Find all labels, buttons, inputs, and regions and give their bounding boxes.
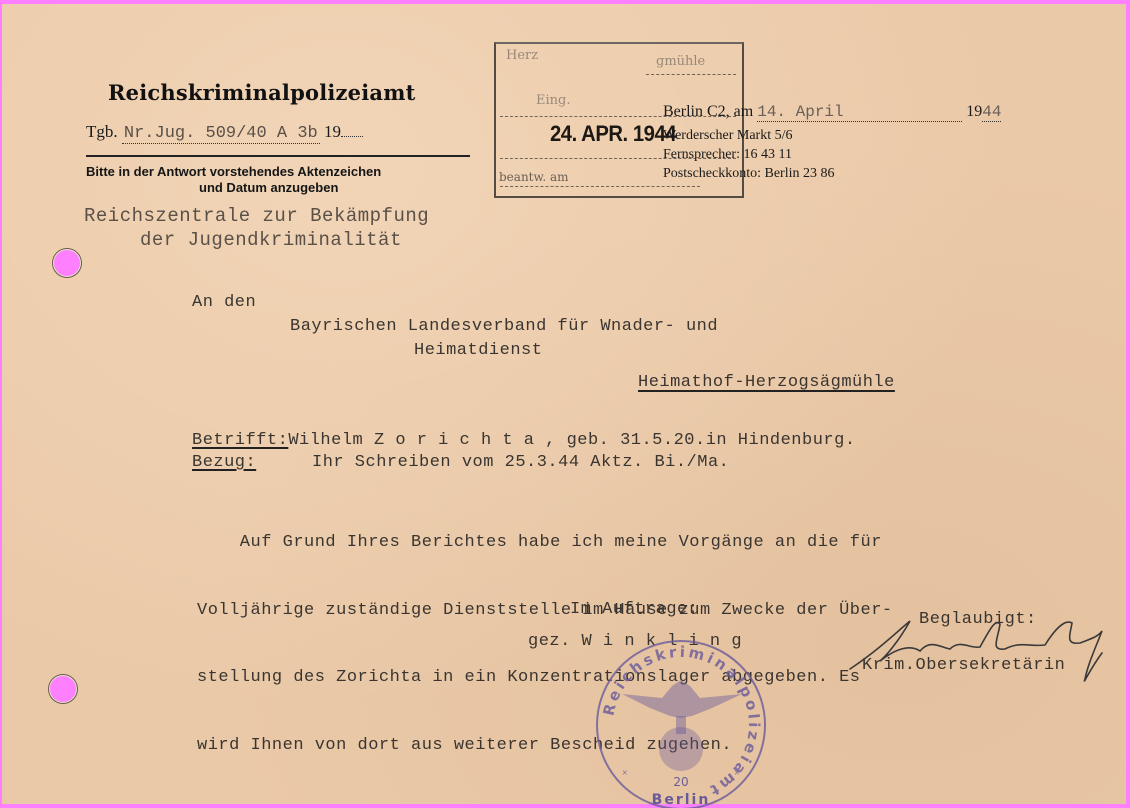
stamp-top-right-text: gmühle	[656, 54, 705, 69]
subject-block: Betrifft:Wilhelm Z o r i c h t a , geb. …	[192, 430, 856, 474]
received-date-stamp: 24. APR. 1944	[550, 121, 676, 147]
punch-hole-lower	[49, 675, 77, 703]
year-prefix: 19	[966, 103, 982, 120]
recipient-place: Heimathof-Herzogsägmühle	[638, 373, 895, 392]
handwritten-signature-icon	[840, 609, 1130, 689]
seal-number: 20	[673, 775, 688, 789]
betrifft-row: Betrifft:Wilhelm Z o r i c h t a , geb. …	[192, 430, 856, 452]
punch-hole-upper	[53, 249, 81, 277]
postal-account: Postscheckkonto: Berlin 23 86	[663, 166, 835, 182]
svg-text:×: ×	[622, 768, 628, 779]
bezug-row: Bezug:Ihr Schreiben vom 25.3.44 Aktz. Bi…	[192, 452, 856, 474]
tgb-number: Nr.Jug. 509/40 A 3b	[122, 124, 320, 144]
on-behalf-label: Im Auftrage:	[570, 600, 698, 619]
department-line1: Reichszentrale zur Bekämpfung	[84, 205, 429, 227]
body-line: Auf Grund Ihres Berichtes habe ich meine…	[197, 532, 1102, 555]
reply-hint-line1: Bitte in der Antwort vorstehendes Aktenz…	[86, 164, 381, 179]
bezug-label: Bezug:	[192, 452, 312, 474]
year-typed: 44	[982, 103, 1001, 122]
recipient-line2: Heimatdienst	[414, 341, 542, 360]
tgb-label: Tgb.	[86, 122, 118, 141]
betrifft-value: Wilhelm Z o r i c h t a , geb. 31.5.20.i…	[288, 431, 855, 450]
letter-date: 14. April	[757, 103, 962, 122]
place-date-line: Berlin C2, am 14. April 1944	[663, 103, 1001, 122]
stamp-divider	[646, 74, 736, 75]
header-rule	[86, 155, 470, 157]
stamp-divider	[500, 186, 700, 187]
reply-hint-line2: und Datum anzugeben	[86, 180, 381, 196]
authority-title: Reichskriminalpolizeiamt	[108, 80, 416, 105]
document-page: Reichskriminalpolizeiamt Tgb. Nr.Jug. 50…	[2, 4, 1126, 804]
stamp-answered-label: beantw. am	[499, 170, 569, 184]
recipient-line1: Bayrischen Landesverband für Wnader- und	[290, 317, 718, 336]
place: Berlin C2, am	[663, 103, 753, 120]
reference-number-line: Tgb. Nr.Jug. 509/40 A 3b 19	[86, 122, 363, 143]
recipient-salutation: An den	[192, 293, 256, 312]
tgb-year-blank	[341, 136, 363, 137]
official-seal-icon: Reichskriminalpolizeiamt × × 20 Berlin	[592, 636, 770, 808]
bezug-value: Ihr Schreiben vom 25.3.44 Aktz. Bi./Ma.	[312, 453, 729, 472]
stamp-middle-text: Eing.	[536, 93, 570, 108]
department-line2: der Jugendkriminalität	[84, 228, 429, 252]
betrifft-label: Betrifft:	[192, 430, 288, 452]
tgb-year-prefix: 19	[324, 122, 341, 141]
department-name: Reichszentrale zur Bekämpfung der Jugend…	[84, 204, 429, 252]
stamp-top-left-text: Herz	[506, 48, 538, 63]
svg-text:×: ×	[734, 768, 740, 779]
street-address: Werderscher Markt 5/6	[663, 128, 793, 144]
reply-hint: Bitte in der Antwort vorstehendes Aktenz…	[86, 164, 381, 196]
phone-number: Fernsprecher: 16 43 11	[663, 147, 792, 163]
seal-city: Berlin	[652, 792, 711, 808]
